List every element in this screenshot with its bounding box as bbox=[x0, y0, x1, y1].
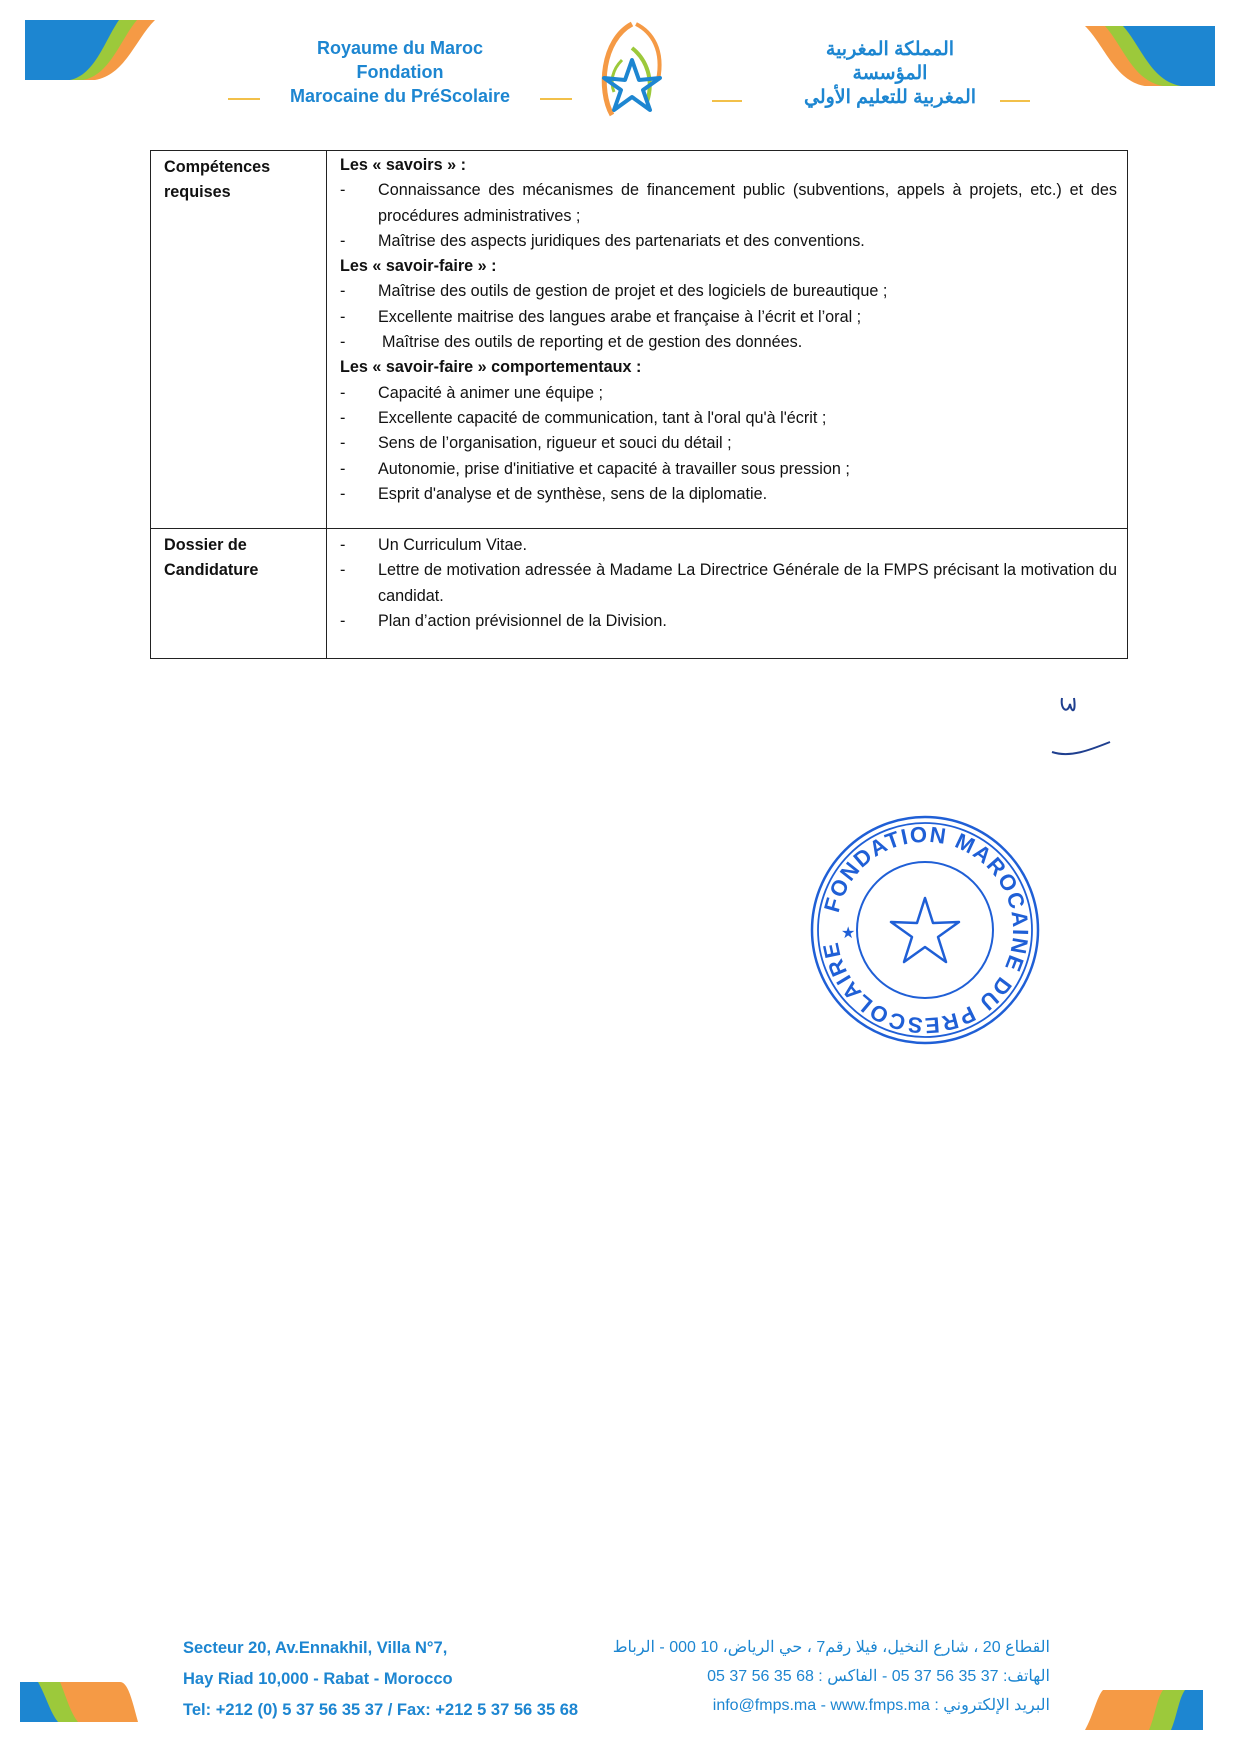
header-ar-right-rule bbox=[1000, 100, 1030, 102]
official-stamp: FONDATION MAROCAINE DU PRESCOLAIRE ★ bbox=[805, 810, 1045, 1050]
list-item: -Connaissance des mécanismes de financem… bbox=[340, 178, 1117, 229]
section-heading-savoirs: Les « savoirs » : bbox=[340, 153, 1117, 178]
row-label-competences: Compétences requises bbox=[151, 151, 327, 529]
header-fr-line-2: Fondation bbox=[230, 60, 570, 84]
footer-left-color-band bbox=[20, 1682, 138, 1722]
list-item: -Maîtrise des outils de gestion de proje… bbox=[340, 279, 1117, 304]
handwritten-signature bbox=[1050, 690, 1120, 770]
list-item: -Sens de l’organisation, rigueur et souc… bbox=[340, 431, 1117, 456]
footer-french-address: Secteur 20, Av.Ennakhil, Villa N°7, Hay … bbox=[183, 1633, 578, 1726]
row-label-dossier: Dossier de Candidature bbox=[151, 529, 327, 659]
header-fr-left-rule bbox=[228, 98, 260, 100]
list-item: -Esprit d'analyse et de synthèse, sens d… bbox=[340, 482, 1117, 507]
list-item: -Excellente capacité de communication, t… bbox=[340, 406, 1117, 431]
list-item: -Un Curriculum Vitae. bbox=[340, 533, 1117, 558]
header-fr-line-3: Marocaine du PréScolaire bbox=[230, 84, 570, 108]
header-ar-line-2: المؤسسة bbox=[720, 62, 1060, 86]
footer-ar-line-3: البريد الإلكتروني : info@fmps.ma - www.f… bbox=[580, 1691, 1050, 1720]
header-fr-right-rule bbox=[540, 98, 572, 100]
list-item: -Lettre de motivation adressée à Madame … bbox=[340, 558, 1117, 609]
row-content-competences: Les « savoirs » : -Connaissance des méca… bbox=[327, 151, 1128, 529]
stamp-small-star-icon: ★ bbox=[841, 923, 855, 942]
foundation-star-logo-icon bbox=[592, 20, 672, 120]
header-french-title: Royaume du Maroc Fondation Marocaine du … bbox=[230, 36, 570, 108]
list-item: -Maîtrise des aspects juridiques des par… bbox=[340, 229, 1117, 254]
job-requirements-table: Compétences requises Les « savoirs » : -… bbox=[150, 150, 1128, 659]
list-item: -Autonomie, prise d'initiative et capaci… bbox=[340, 457, 1117, 482]
section-heading-comportementaux: Les « savoir-faire » comportementaux : bbox=[340, 355, 1117, 380]
header-right-color-band bbox=[1085, 26, 1215, 88]
header-fr-line-1: Royaume du Maroc bbox=[230, 36, 570, 60]
header-ar-left-rule bbox=[712, 100, 742, 102]
footer-fr-line-2: Hay Riad 10,000 - Rabat - Morocco bbox=[183, 1664, 578, 1695]
footer-arabic-address: القطاع 20 ، شارع النخيل، فيلا رقم7 ، حي … bbox=[580, 1633, 1050, 1720]
row-content-dossier: -Un Curriculum Vitae. -Lettre de motivat… bbox=[327, 529, 1128, 659]
list-item: -Capacité à animer une équipe ; bbox=[340, 381, 1117, 406]
table-row-competences: Compétences requises Les « savoirs » : -… bbox=[151, 151, 1128, 529]
footer-right-color-band bbox=[1085, 1690, 1203, 1730]
footer-ar-line-2: الهاتف: 37 35 56 37 05 - الفاكس : 68 35 … bbox=[580, 1662, 1050, 1691]
header-ar-line-1: المملكة المغربية bbox=[720, 38, 1060, 62]
header-left-color-band bbox=[25, 20, 155, 82]
list-item: -Maîtrise des outils de reporting et de … bbox=[340, 330, 1117, 355]
footer-fr-line-3: Tel: +212 (0) 5 37 56 35 37 / Fax: +212 … bbox=[183, 1695, 578, 1726]
footer-ar-line-1: القطاع 20 ، شارع النخيل، فيلا رقم7 ، حي … bbox=[580, 1633, 1050, 1662]
header-ar-line-3: المغربية للتعليم الأولي bbox=[720, 86, 1060, 110]
footer-fr-line-1: Secteur 20, Av.Ennakhil, Villa N°7, bbox=[183, 1633, 578, 1664]
table-row-dossier: Dossier de Candidature -Un Curriculum Vi… bbox=[151, 529, 1128, 659]
list-item: -Plan d’action prévisionnel de la Divisi… bbox=[340, 609, 1117, 634]
stamp-star-icon bbox=[891, 898, 959, 962]
section-heading-savoir-faire: Les « savoir-faire » : bbox=[340, 254, 1117, 279]
list-item: -Excellente maitrise des langues arabe e… bbox=[340, 305, 1117, 330]
